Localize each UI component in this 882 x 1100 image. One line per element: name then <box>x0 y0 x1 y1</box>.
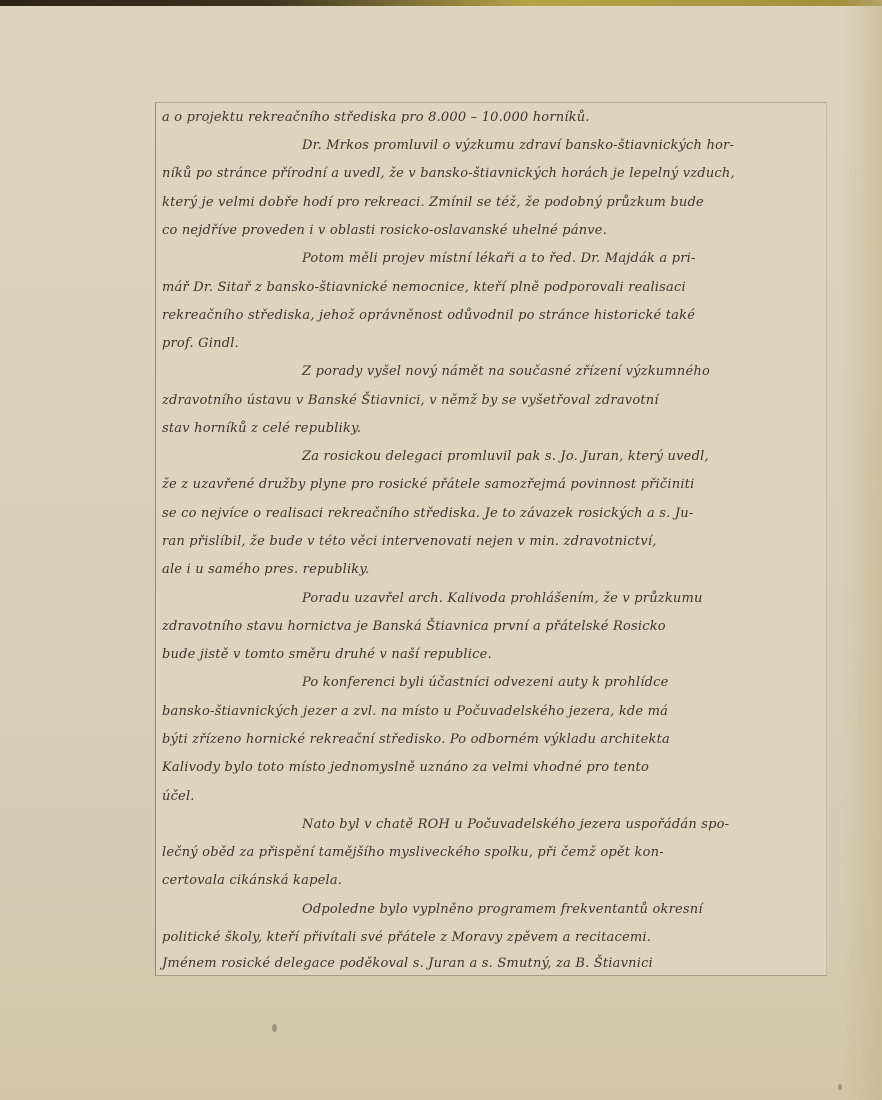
text-line: Dr. Mrkos promluvil o výzkumu zdraví ban… <box>162 131 882 161</box>
text-line: zdravotního ústavu v Banské Štiavnici, v… <box>162 386 822 416</box>
text-line: co nejdříve proveden i v oblasti rosicko… <box>162 216 822 246</box>
text-line: Poradu uzavřel arch. Kalivoda prohlášení… <box>162 584 882 614</box>
text-line: stav horníků z celé republiky. <box>162 414 822 444</box>
paper-blemish <box>272 1024 277 1032</box>
text-line: Po konferenci byli účastníci odvezeni au… <box>162 668 882 698</box>
text-line: Potom měli projev místní lékaři a to řed… <box>162 244 882 274</box>
text-line: rekreačního střediska, jehož oprávněnost… <box>162 301 822 331</box>
text-line: Kalivody bylo toto místo jednomyslně uzn… <box>162 753 822 783</box>
text-line: který je velmi dobře hodí pro rekreaci. … <box>162 188 822 218</box>
text-line: že z uzavřené družby plyne pro rosické p… <box>162 470 822 500</box>
text-line: účel. <box>162 782 822 812</box>
pasted-sheet: a o projektu rekreačního střediska pro 8… <box>155 102 827 976</box>
text-line: Jménem rosické delegace poděkoval s. Jur… <box>162 949 822 979</box>
text-line: býti zřízeno hornické rekreační středisk… <box>162 725 822 755</box>
text-line: prof. Gindl. <box>162 329 822 359</box>
scanned-page: a o projektu rekreačního střediska pro 8… <box>0 0 882 1100</box>
text-line: bansko-štiavnických jezer a zvl. na míst… <box>162 697 822 727</box>
text-line: zdravotního stavu hornictva je Banská Št… <box>162 612 822 642</box>
paper-blemish <box>838 1084 842 1090</box>
text-line: a o projektu rekreačního střediska pro 8… <box>162 103 822 133</box>
book-top-edge <box>0 0 882 6</box>
text-line: Z porady vyšel nový námět na současné zř… <box>162 357 882 387</box>
text-line: Nato byl v chatě ROH u Počuvadelského je… <box>162 810 882 840</box>
text-line: certovala cikánská kapela. <box>162 866 822 896</box>
text-line: ran přislíbil, že bude v této věci inter… <box>162 527 822 557</box>
page-shadow <box>842 0 882 1100</box>
text-line: Za rosickou delegaci promluvil pak s. Jo… <box>162 442 882 472</box>
text-line: lečný oběd za přispění tamějšího myslive… <box>162 838 822 868</box>
text-line: mář Dr. Sitař z bansko-štiavnické nemocn… <box>162 273 822 303</box>
text-line: bude jistě v tomto směru druhé v naší re… <box>162 640 822 670</box>
text-line: níků po stránce přírodní a uvedl, že v b… <box>162 159 822 189</box>
text-line: ale i u samého pres. republiky. <box>162 555 822 585</box>
text-line: Odpoledne bylo vyplněno programem frekve… <box>162 895 882 925</box>
text-line: se co nejvíce o realisaci rekreačního st… <box>162 499 822 529</box>
